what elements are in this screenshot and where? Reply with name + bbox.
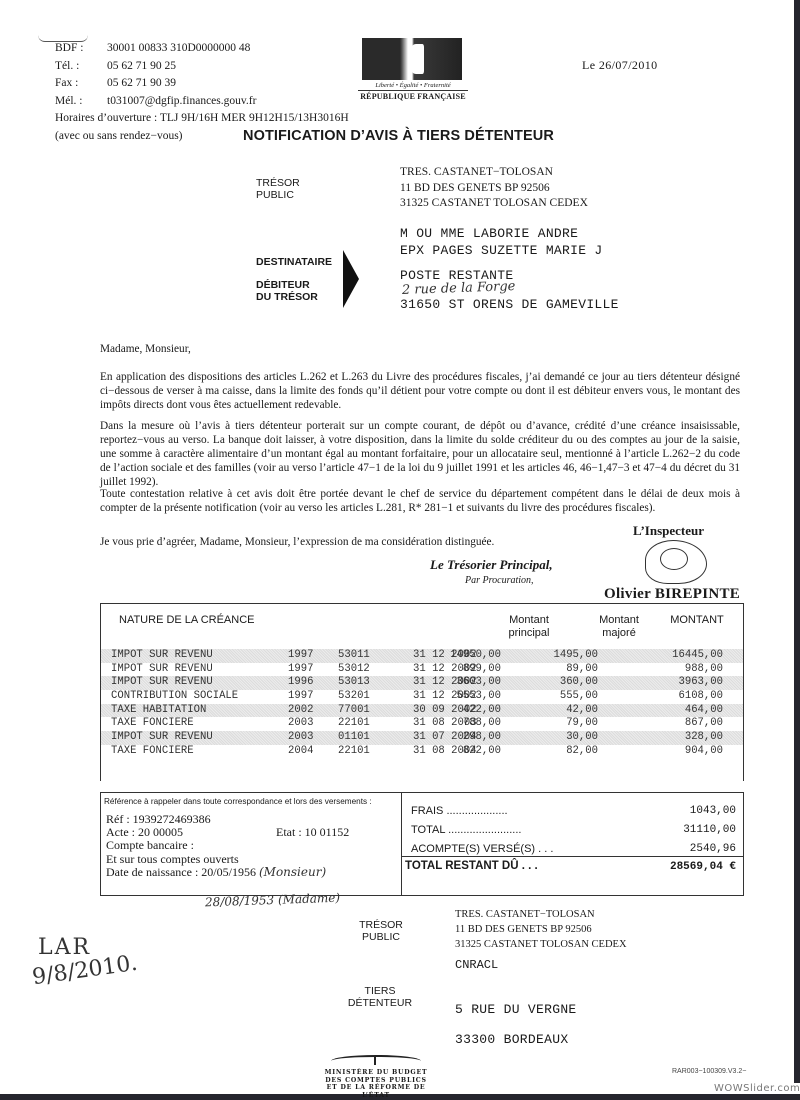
cell-principal: 822,00 xyxy=(463,745,501,759)
cell-total: 464,00 xyxy=(685,704,723,718)
header-principal: Montant principal xyxy=(497,614,561,640)
claims-table-body: IMPOT SUR REVENU19975301131 12 200214950… xyxy=(101,649,743,759)
cell-code: 53012 xyxy=(338,663,370,677)
bank-account-label: Compte bancaire : xyxy=(106,839,326,852)
cell-majore: 42,00 xyxy=(566,704,598,718)
cell-majore: 555,00 xyxy=(560,690,598,704)
contact-bdf: BDF :30001 00833 310D0000000 48 xyxy=(55,40,349,58)
republic-motto: Liberté • Égalité • Fraternité xyxy=(358,82,468,91)
table-row: TAXE FONCIERE20032210131 08 2003788,0079… xyxy=(101,717,743,731)
table-row: TAXE FONCIERE20042210131 08 2004822,0082… xyxy=(101,745,743,759)
cell-total: 3963,00 xyxy=(678,676,723,690)
third-party-label: TIERS DÉTENTEUR xyxy=(340,985,420,1009)
cell-total: 328,00 xyxy=(685,731,723,745)
cell-principal: 899,00 xyxy=(463,663,501,677)
third-party-street: 5 RUE DU VERGNE xyxy=(455,1002,577,1019)
republic-name: RÉPUBLIQUE FRANÇAISE xyxy=(358,92,468,101)
etat-number: Etat : 10 01152 xyxy=(276,826,349,839)
contact-email: Mél. :t031007@dgfip.finances.gouv.fr xyxy=(55,93,349,111)
frais-row: FRAIS ....................1043,00 xyxy=(411,802,736,821)
cell-code: 53011 xyxy=(338,649,370,663)
cell-code: 22101 xyxy=(338,717,370,731)
recipient-names: M OU MME LABORIE ANDRE EPX PAGES SUZETTE… xyxy=(400,226,603,259)
cell-code: 53013 xyxy=(338,676,370,690)
birth-date: Date de naissance : 20/05/1956 (Monsieur… xyxy=(106,866,326,879)
table-row: IMPOT SUR REVENU20030110131 07 2004298,0… xyxy=(101,731,743,745)
reference-note: Référence à rappeler dans toute correspo… xyxy=(104,797,372,806)
cell-majore: 82,00 xyxy=(566,745,598,759)
handwritten-monsieur: (Monsieur) xyxy=(259,865,326,879)
claims-table: NATURE DE LA CRÉANCE Montant principal M… xyxy=(100,603,744,781)
document-date: Le 26/07/2010 xyxy=(582,58,658,73)
cell-year: 2003 xyxy=(288,731,313,745)
label-debiteur: DÉBITEUR DU TRÉSOR xyxy=(256,279,318,303)
paragraph-1: En application des dispositions des arti… xyxy=(100,370,740,412)
contact-fax: Fax :05 62 71 90 39 xyxy=(55,75,349,93)
cell-nature: IMPOT SUR REVENU xyxy=(111,663,213,677)
total-row: TOTAL ........................31110,00 xyxy=(411,821,736,840)
marianne-logo: Liberté • Égalité • Fraternité RÉPUBLIQU… xyxy=(358,38,468,101)
cell-code: 22101 xyxy=(338,745,370,759)
paragraph-3: Toute contestation relative à cet avis d… xyxy=(100,487,740,515)
reference-details: Réf : 1939272469386 Acte : 20 00005 Etat… xyxy=(106,813,326,879)
handwritten-lar: LAR xyxy=(38,935,91,960)
cell-total: 867,00 xyxy=(685,717,723,731)
handwritten-address: 2 rue de la Forge xyxy=(402,279,516,298)
cell-code: 01101 xyxy=(338,731,370,745)
cell-principal: 5553,00 xyxy=(456,690,501,704)
procuration-note: Par Procuration, xyxy=(465,575,534,586)
watermark: WOWSlider.com xyxy=(712,1083,800,1094)
sender-label: TRÉSOR PUBLIC xyxy=(256,177,300,201)
total-remaining-row: TOTAL RESTANT DÛ . . . 28569,04 € xyxy=(402,856,743,879)
sender-address: TRES. CASTANET−TOLOSAN 11 BD DES GENETS … xyxy=(400,165,588,212)
table-row: TAXE HABITATION20027700130 09 2002422,00… xyxy=(101,704,743,718)
acte-number: Acte : 20 00005 xyxy=(106,825,183,839)
cell-year: 1997 xyxy=(288,690,313,704)
cell-nature: IMPOT SUR REVENU xyxy=(111,676,213,690)
reference-totals-box: Référence à rappeler dans toute correspo… xyxy=(100,792,744,896)
third-party-name: CNRACL xyxy=(455,958,498,972)
totals-lines: FRAIS ....................1043,00 TOTAL … xyxy=(411,802,736,859)
table-row: IMPOT SUR REVENU19975301131 12 200214950… xyxy=(101,649,743,663)
page-frame-right xyxy=(794,0,800,1100)
total-remaining-label: TOTAL RESTANT DÛ . . . xyxy=(405,860,538,872)
cell-total: 988,00 xyxy=(685,663,723,677)
cell-nature: IMPOT SUR REVENU xyxy=(111,731,213,745)
cell-code: 53201 xyxy=(338,690,370,704)
table-row: CONTRIBUTION SOCIALE19975320131 12 20025… xyxy=(101,690,743,704)
cell-nature: CONTRIBUTION SOCIALE xyxy=(111,690,238,704)
table-row: IMPOT SUR REVENU19975301231 12 2002899,0… xyxy=(101,663,743,677)
box-divider xyxy=(401,793,402,895)
cell-year: 1997 xyxy=(288,663,313,677)
recipient-address-line2: 31650 ST ORENS DE GAMEVILLE xyxy=(400,297,619,314)
cell-year: 2002 xyxy=(288,704,313,718)
cell-principal: 14950,00 xyxy=(450,649,501,663)
header-majore: Montant majoré xyxy=(591,614,647,640)
document-title: NOTIFICATION D’AVIS À TIERS DÉTENTEUR xyxy=(243,128,554,144)
paragraph-2: Dans la mesure où l’avis à tiers détente… xyxy=(100,419,740,489)
cell-total: 904,00 xyxy=(685,745,723,759)
cell-principal: 3603,00 xyxy=(456,676,501,690)
cell-nature: IMPOT SUR REVENU xyxy=(111,649,213,663)
cell-principal: 788,00 xyxy=(463,717,501,731)
cell-majore: 360,00 xyxy=(560,676,598,690)
cell-majore: 89,00 xyxy=(566,663,598,677)
cell-principal: 422,00 xyxy=(463,704,501,718)
form-code: RAR003−100309.V3.2− xyxy=(672,1068,746,1075)
third-party-city: 33300 BORDEAUX xyxy=(455,1032,568,1049)
third-sender-label: TRÉSOR PUBLIC xyxy=(356,919,406,943)
salutation: Madame, Monsieur, xyxy=(100,342,740,356)
ministry-arc-icon xyxy=(331,1055,421,1067)
signature-loop-icon xyxy=(660,548,688,570)
cell-year: 1997 xyxy=(288,649,313,663)
inspector-title: L’Inspecteur xyxy=(633,523,704,539)
cell-majore: 79,00 xyxy=(566,717,598,731)
opening-hours: Horaires d’ouverture : TLJ 9H/16H MER 9H… xyxy=(55,110,349,128)
cell-total: 16445,00 xyxy=(672,649,723,663)
acte-row: Acte : 20 00005 Etat : 10 01152 xyxy=(106,826,326,839)
arrow-icon xyxy=(343,250,359,308)
header-total: MONTANT xyxy=(667,614,727,627)
claims-table-header: NATURE DE LA CRÉANCE Montant principal M… xyxy=(101,604,743,647)
cell-nature: TAXE FONCIERE xyxy=(111,717,194,731)
cell-year: 2004 xyxy=(288,745,313,759)
cell-total: 6108,00 xyxy=(678,690,723,704)
cell-year: 1996 xyxy=(288,676,313,690)
table-row: IMPOT SUR REVENU19965301331 12 20023603,… xyxy=(101,676,743,690)
third-sender-address: TRES. CASTANET−TOLOSAN 11 BD DES GENETS … xyxy=(455,907,627,952)
cell-code: 77001 xyxy=(338,704,370,718)
ministry-logo: MINISTÈRE DU BUDGET DES COMPTES PUBLICS … xyxy=(312,1055,440,1099)
cell-nature: TAXE FONCIERE xyxy=(111,745,194,759)
cell-nature: TAXE HABITATION xyxy=(111,704,206,718)
total-remaining-value: 28569,04 € xyxy=(670,861,736,873)
cell-majore: 30,00 xyxy=(566,731,598,745)
cell-principal: 298,00 xyxy=(463,731,501,745)
tresorier-title: Le Trésorier Principal, xyxy=(430,557,553,573)
contact-phone: Tél. :05 62 71 90 25 xyxy=(55,58,349,76)
header-nature: NATURE DE LA CRÉANCE xyxy=(119,614,255,627)
cell-year: 2003 xyxy=(288,717,313,731)
label-destinataire: DESTINATAIRE xyxy=(256,256,332,268)
cell-majore: 1495,00 xyxy=(553,649,598,663)
marianne-icon xyxy=(362,38,462,80)
signatory-name: Olivier BIREPINTE xyxy=(604,586,740,603)
